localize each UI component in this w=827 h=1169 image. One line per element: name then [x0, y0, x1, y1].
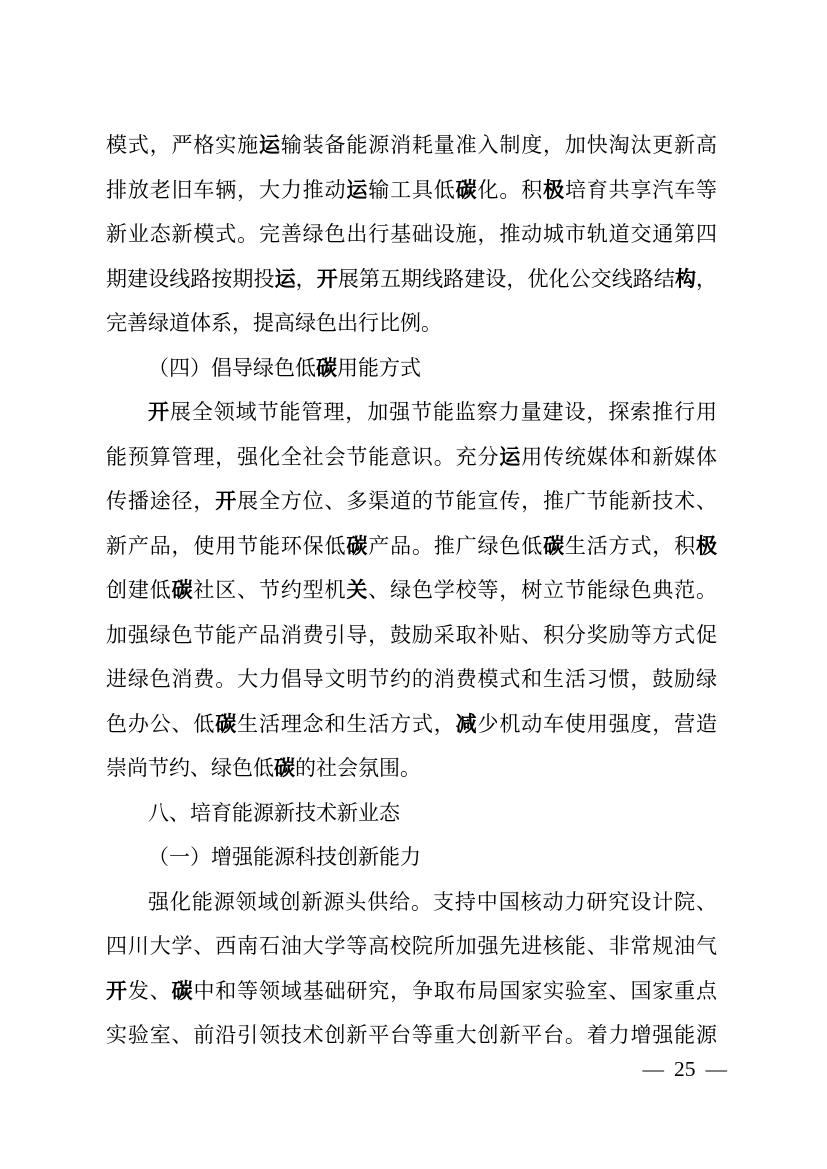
- text-run: 强化能源领域创新源头供给。支持中国核动力研究设计院、: [148, 890, 717, 914]
- text-run: 、绿色学校等，树立节能绿色典范。: [368, 578, 717, 602]
- text-run: 少机动车使用强度，营造: [478, 712, 718, 736]
- text-run: （一）增强能源科技创新能力: [148, 845, 421, 869]
- page-number-left-dash: —: [643, 1057, 665, 1081]
- text-run: 期建设线路按期投: [106, 267, 275, 291]
- text-line: 八、培育能源新技术新业态: [106, 791, 717, 836]
- text-line: （一）增强能源科技创新能力: [106, 835, 717, 880]
- text-line: 崇尚节约、绿色低碳的社会氛围。: [106, 746, 717, 791]
- text-run: 排放老旧车辆，大力推动: [106, 178, 346, 202]
- page-number-value: 25: [674, 1057, 696, 1081]
- text-run: 中和等领域基础研究，争取布局国家实验室、国家重点: [193, 979, 717, 1003]
- text-run-bold: 碳: [274, 756, 295, 780]
- text-run: 展全领域节能管理，加强节能监察力量建设，探索推行用: [170, 400, 717, 424]
- text-run: 用能方式: [337, 356, 421, 380]
- text-run-bold: 开: [215, 489, 237, 513]
- text-run-bold: 极: [543, 178, 565, 202]
- text-line: 模式，严格实施运输装备能源消耗量准入制度，加快淘汰更新高: [106, 123, 717, 168]
- text-run: 实验室、前沿引领技术创新平台等重大创新平台。着力增强能源: [106, 1023, 717, 1047]
- text-line: 期建设线路按期投运，开展第五期线路建设，优化公交线路结构，: [106, 257, 717, 302]
- text-run-bold: 碳: [215, 712, 237, 736]
- text-line: 传播途径，开展全方位、多渠道的节能宣传，推广节能新技术、: [106, 479, 717, 524]
- text-line: 创建低碳社区、节约型机关、绿色学校等，树立节能绿色典范。: [106, 568, 717, 613]
- text-run: 发、: [128, 979, 172, 1003]
- text-run: 化。积: [478, 178, 544, 202]
- text-line: 排放老旧车辆，大力推动运输工具低碳化。积极培育共享汽车等: [106, 168, 717, 213]
- text-run-bold: 关: [346, 578, 368, 602]
- text-line: 实验室、前沿引领技术创新平台等重大创新平台。着力增强能源: [106, 1013, 717, 1058]
- text-run: 新业态新模式。完善绿色出行基础设施，推动城市轨道交通第四: [106, 222, 717, 246]
- text-run: 新产品，使用节能环保低: [106, 534, 346, 558]
- text-run-bold: 运: [259, 133, 281, 157]
- text-run-bold: 开: [148, 400, 170, 424]
- text-line: 开展全领域节能管理，加强节能监察力量建设，探索推行用: [106, 390, 717, 435]
- text-run: 进绿色消费。大力倡导文明节约的消费模式和生活习惯，鼓励绿: [106, 667, 717, 691]
- text-run: 生活理念和生活方式，: [237, 712, 456, 736]
- text-run: 展全方位、多渠道的节能宣传，推广节能新技术、: [237, 489, 717, 513]
- text-run-bold: 碳: [456, 178, 478, 202]
- text-line: 能预算管理，强化全社会节能意识。充分运用传统媒体和新媒体: [106, 435, 717, 480]
- text-run: ，: [696, 267, 717, 291]
- text-line: 完善绿道体系，提高绿色出行比例。: [106, 301, 717, 346]
- document-body: 模式，严格实施运输装备能源消耗量准入制度，加快淘汰更新高排放老旧车辆，大力推动运…: [106, 123, 717, 1058]
- text-run-bold: 碳: [172, 578, 194, 602]
- page-number: —25—: [643, 1056, 728, 1082]
- text-run-bold: 运: [275, 267, 296, 291]
- text-line: （四）倡导绿色低碳用能方式: [106, 346, 717, 391]
- text-run: 传播途径，: [106, 489, 215, 513]
- text-line: 四川大学、西南石油大学等高校院所加强先进核能、非常规油气: [106, 924, 717, 969]
- text-run: 加强绿色节能产品消费引导，鼓励采取补贴、积分奖励等方式促: [106, 623, 717, 647]
- page-number-right-dash: —: [706, 1057, 728, 1081]
- text-run: 完善绿道体系，提高绿色出行比例。: [106, 311, 442, 335]
- text-run: 培育共享汽车等: [565, 178, 717, 202]
- text-run: 输工具低: [368, 178, 455, 202]
- text-run: 四川大学、西南石油大学等高校院所加强先进核能、非常规油气: [106, 934, 717, 958]
- text-line: 新业态新模式。完善绿色出行基础设施，推动城市轨道交通第四: [106, 212, 717, 257]
- text-line: 色办公、低碳生活理念和生活方式，减少机动车使用强度，营造: [106, 702, 717, 747]
- text-run: 崇尚节约、绿色低: [106, 756, 274, 780]
- text-run: 色办公、低: [106, 712, 215, 736]
- text-run: 用传统媒体和新媒体: [521, 445, 717, 469]
- text-run-bold: 运: [499, 445, 521, 469]
- text-run-bold: 构: [675, 267, 696, 291]
- text-run-bold: 开: [106, 979, 128, 1003]
- text-run-bold: 碳: [543, 534, 565, 558]
- text-run-bold: 运: [346, 178, 368, 202]
- text-line: 开发、碳中和等领域基础研究，争取布局国家实验室、国家重点: [106, 969, 717, 1014]
- text-run: 模式，严格实施: [106, 133, 259, 157]
- text-run: 社区、节约型机: [193, 578, 346, 602]
- text-run: 能预算管理，强化全社会节能意识。充分: [106, 445, 499, 469]
- text-run: ，: [296, 267, 317, 291]
- text-line: 加强绿色节能产品消费引导，鼓励采取补贴、积分奖励等方式促: [106, 613, 717, 658]
- text-run: 产品。推广绿色低: [368, 534, 543, 558]
- text-run: 创建低: [106, 578, 172, 602]
- text-run: 输装备能源消耗量准入制度，加快淘汰更新高: [281, 133, 717, 157]
- text-run-bold: 极: [696, 534, 717, 558]
- text-run: 生活方式，积: [565, 534, 696, 558]
- text-run: 八、培育能源新技术新业态: [148, 801, 400, 825]
- text-run: （四）倡导绿色低: [148, 356, 316, 380]
- text-run-bold: 碳: [316, 356, 337, 380]
- text-line: 进绿色消费。大力倡导文明节约的消费模式和生活习惯，鼓励绿: [106, 657, 717, 702]
- text-run: 的社会氛围。: [295, 756, 421, 780]
- text-line: 新产品，使用节能环保低碳产品。推广绿色低碳生活方式，积极: [106, 524, 717, 569]
- text-run-bold: 碳: [346, 534, 368, 558]
- document-page: 模式，严格实施运输装备能源消耗量准入制度，加快淘汰更新高排放老旧车辆，大力推动运…: [0, 0, 827, 1169]
- text-line: 强化能源领域创新源头供给。支持中国核动力研究设计院、: [106, 880, 717, 925]
- text-run: 展第五期线路建设，优化公交线路结: [338, 267, 675, 291]
- text-run-bold: 开: [317, 267, 338, 291]
- text-run-bold: 减: [456, 712, 478, 736]
- text-run-bold: 碳: [172, 979, 194, 1003]
